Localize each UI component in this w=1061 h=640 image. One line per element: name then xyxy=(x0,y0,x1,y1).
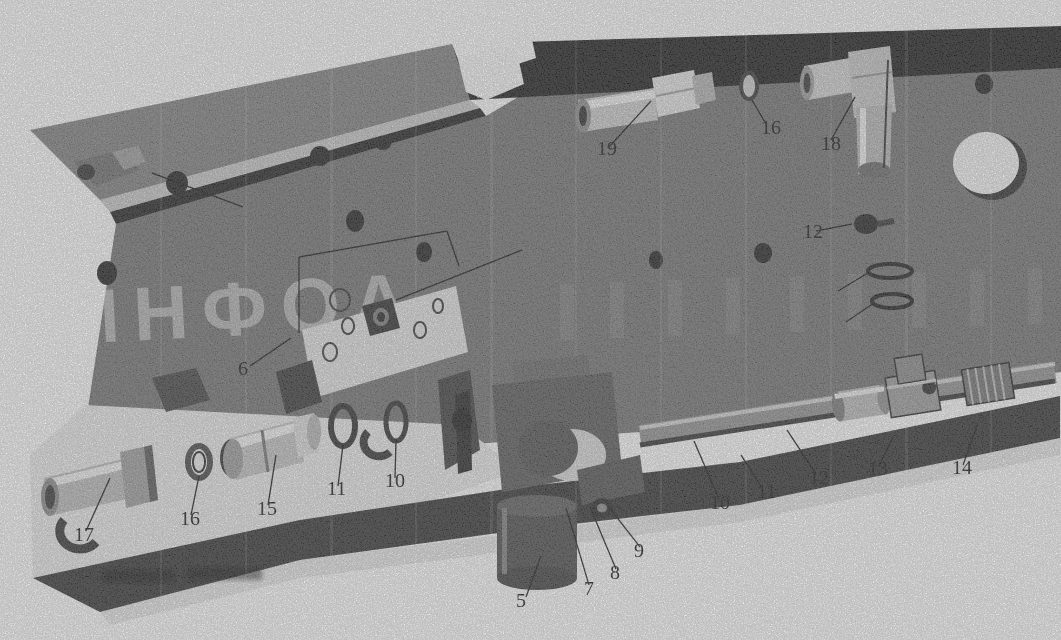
grain-overlay-light xyxy=(0,0,1061,640)
diagram-canvas: ИНФОА xyxy=(0,0,1061,640)
scanned-diagram-page: ИНФОА xyxy=(0,0,1061,640)
